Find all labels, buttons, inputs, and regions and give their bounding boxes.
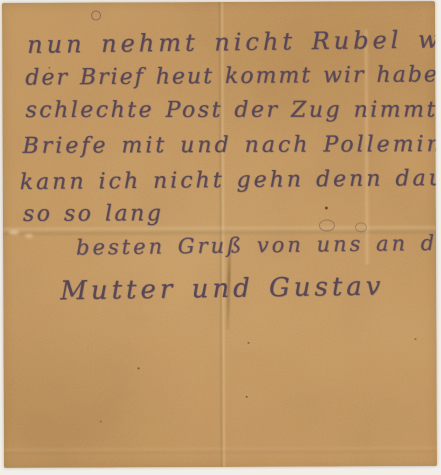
faint-vertical-crease: [364, 29, 369, 264]
paper-speck: [138, 367, 140, 369]
vertical-fold-crease: [218, 2, 226, 467]
paper-grain-texture: [2, 1, 437, 468]
paper-speck: [414, 338, 416, 340]
paper-speck: [100, 421, 102, 423]
fold-scar-mark: [226, 242, 231, 330]
kurrent-u-bow-mark: [355, 222, 367, 232]
handwriting-line-5: kann ich nicht gehn denn dauert: [20, 166, 437, 195]
faint-lower-crease: [4, 447, 437, 454]
kurrent-u-bow-mark: [319, 219, 335, 231]
paper-speck: [246, 396, 248, 398]
handwriting-line-1: nun nehmt nicht Rubel wenn: [27, 25, 437, 59]
handwriting-line-3: schlechte Post der Zug nimmt keine: [25, 98, 437, 123]
stray-pencil-ring-mark: [91, 11, 101, 21]
ink-spot: [325, 207, 328, 210]
handwriting-line-2: der Brief heut kommt wir haben: [25, 62, 437, 90]
crumple-dimple: [25, 234, 33, 238]
handwriting-line-6: so so lang: [23, 201, 164, 227]
letter-paper: nun nehmt nicht Rubel wenn der Brief heu…: [2, 1, 437, 468]
paper-speck: [247, 342, 249, 344]
paper-speck: [48, 67, 50, 69]
paper-blotch-texture: [2, 1, 437, 468]
crumple-dimple: [9, 230, 19, 235]
horizontal-fold-crease: [3, 226, 436, 235]
signature-line: Mutter und Gustav: [60, 272, 385, 307]
handwriting-line-4: Briefe mit und nach Polleminken: [23, 132, 437, 159]
closing-greeting-line: besten Gruß von uns an den Uhn: [76, 230, 437, 260]
